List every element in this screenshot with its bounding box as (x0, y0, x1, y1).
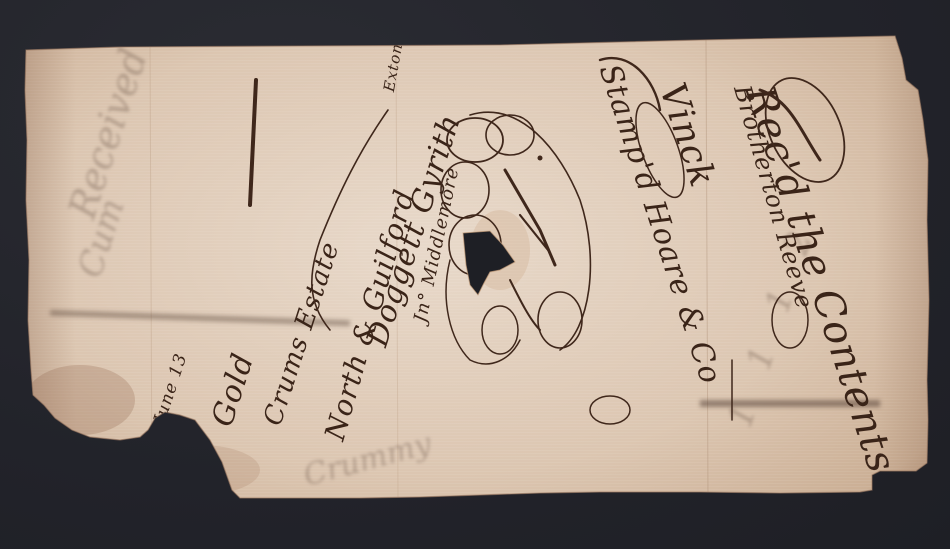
torn-hole (0, 0, 950, 549)
